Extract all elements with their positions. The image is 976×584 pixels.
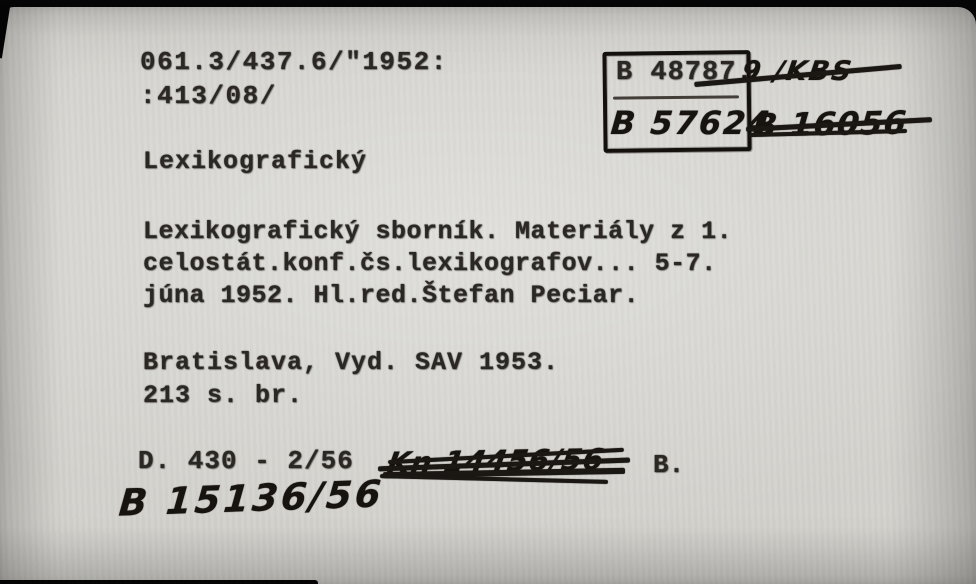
catalog-card-photo: 061.3/437.6/"1952: :413/08/ B 48787. 9 /… <box>0 0 976 584</box>
call-number-line1: 061.3/437.6/"1952: <box>140 47 448 77</box>
title-line-3: júna 1952. Hl.red.Štefan Peciar. <box>143 281 639 310</box>
title-line-2: celostát.konf.čs.lexikografov... 5-7. <box>143 249 717 278</box>
imprint-pagination: 213 s. br. <box>143 381 303 410</box>
call-number-line2: :413/08/ <box>140 81 277 111</box>
heading-entry-word: Lexikografický <box>143 147 367 176</box>
title-line-1: Lexikografický sborník. Materiály z 1. <box>143 217 732 246</box>
imprint-place-publisher-year: Bratislava, Vyd. SAV 1953. <box>143 348 559 377</box>
category-letter: B. <box>653 450 684 480</box>
photo-edge-shadow-bottom <box>0 580 318 584</box>
record-number: D. 430 - 2/56 <box>138 446 354 476</box>
